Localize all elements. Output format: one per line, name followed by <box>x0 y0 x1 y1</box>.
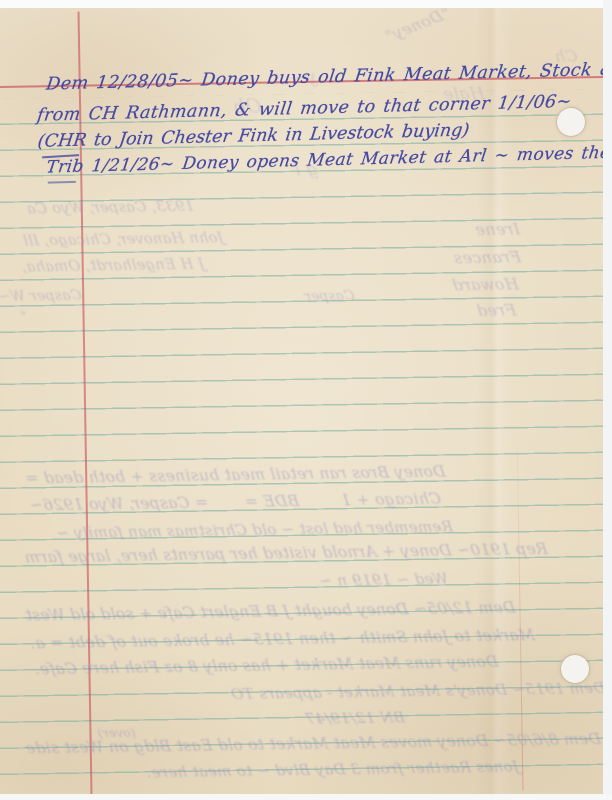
ghost-scrap: g l <box>293 160 320 180</box>
paper-sheet: Dem 12/28/05~ Doney buys old Fink Meat M… <box>0 8 603 794</box>
scanner-edge-right <box>603 0 612 800</box>
ghost-line: Casper W~ <box>0 289 83 306</box>
ghost-line: John Hanover, Chicago, Ill <box>22 231 225 250</box>
ghost-name: Fred <box>475 301 517 319</box>
ghost-line: J H Engelhardt, Omaha, <box>21 258 206 277</box>
ghost-scrap: Ch <box>553 47 579 65</box>
punch-hole-bottom <box>561 655 589 683</box>
ghost-line: 1933, Casper, Wyo Ca <box>26 200 196 219</box>
scanner-edge-top <box>0 0 612 8</box>
ghost-scrap: y~ <box>289 68 318 88</box>
ghost-over-note: (over) <box>97 727 137 741</box>
ghost-name: Irene <box>474 220 521 238</box>
note-line-1: Dem 12/28/05~ Doney buys old Fink Meat M… <box>45 58 603 95</box>
punch-hole-top <box>557 108 585 136</box>
ghost-scrap: Ob <box>232 97 263 118</box>
ghost-name: Howard <box>451 275 520 294</box>
ghost-scrap: Hale <box>442 85 486 104</box>
trib-underline <box>48 181 76 183</box>
ghost-line: Wed ~ 1919 n ~ <box>318 571 449 590</box>
note-line-2: from CH Rathmann, & will move to that co… <box>36 92 573 127</box>
ghost-name: Frances <box>452 248 522 267</box>
ghost-line: BN 12/19/47 <box>304 709 406 727</box>
tilted-scan-layer: Dem 12/28/05~ Doney buys old Fink Meat M… <box>0 8 603 794</box>
ghost-line: Casper <box>303 289 355 305</box>
scanner-edge-bottom <box>0 794 612 800</box>
scanned-page: Dem 12/28/05~ Doney buys old Fink Meat M… <box>0 0 612 800</box>
